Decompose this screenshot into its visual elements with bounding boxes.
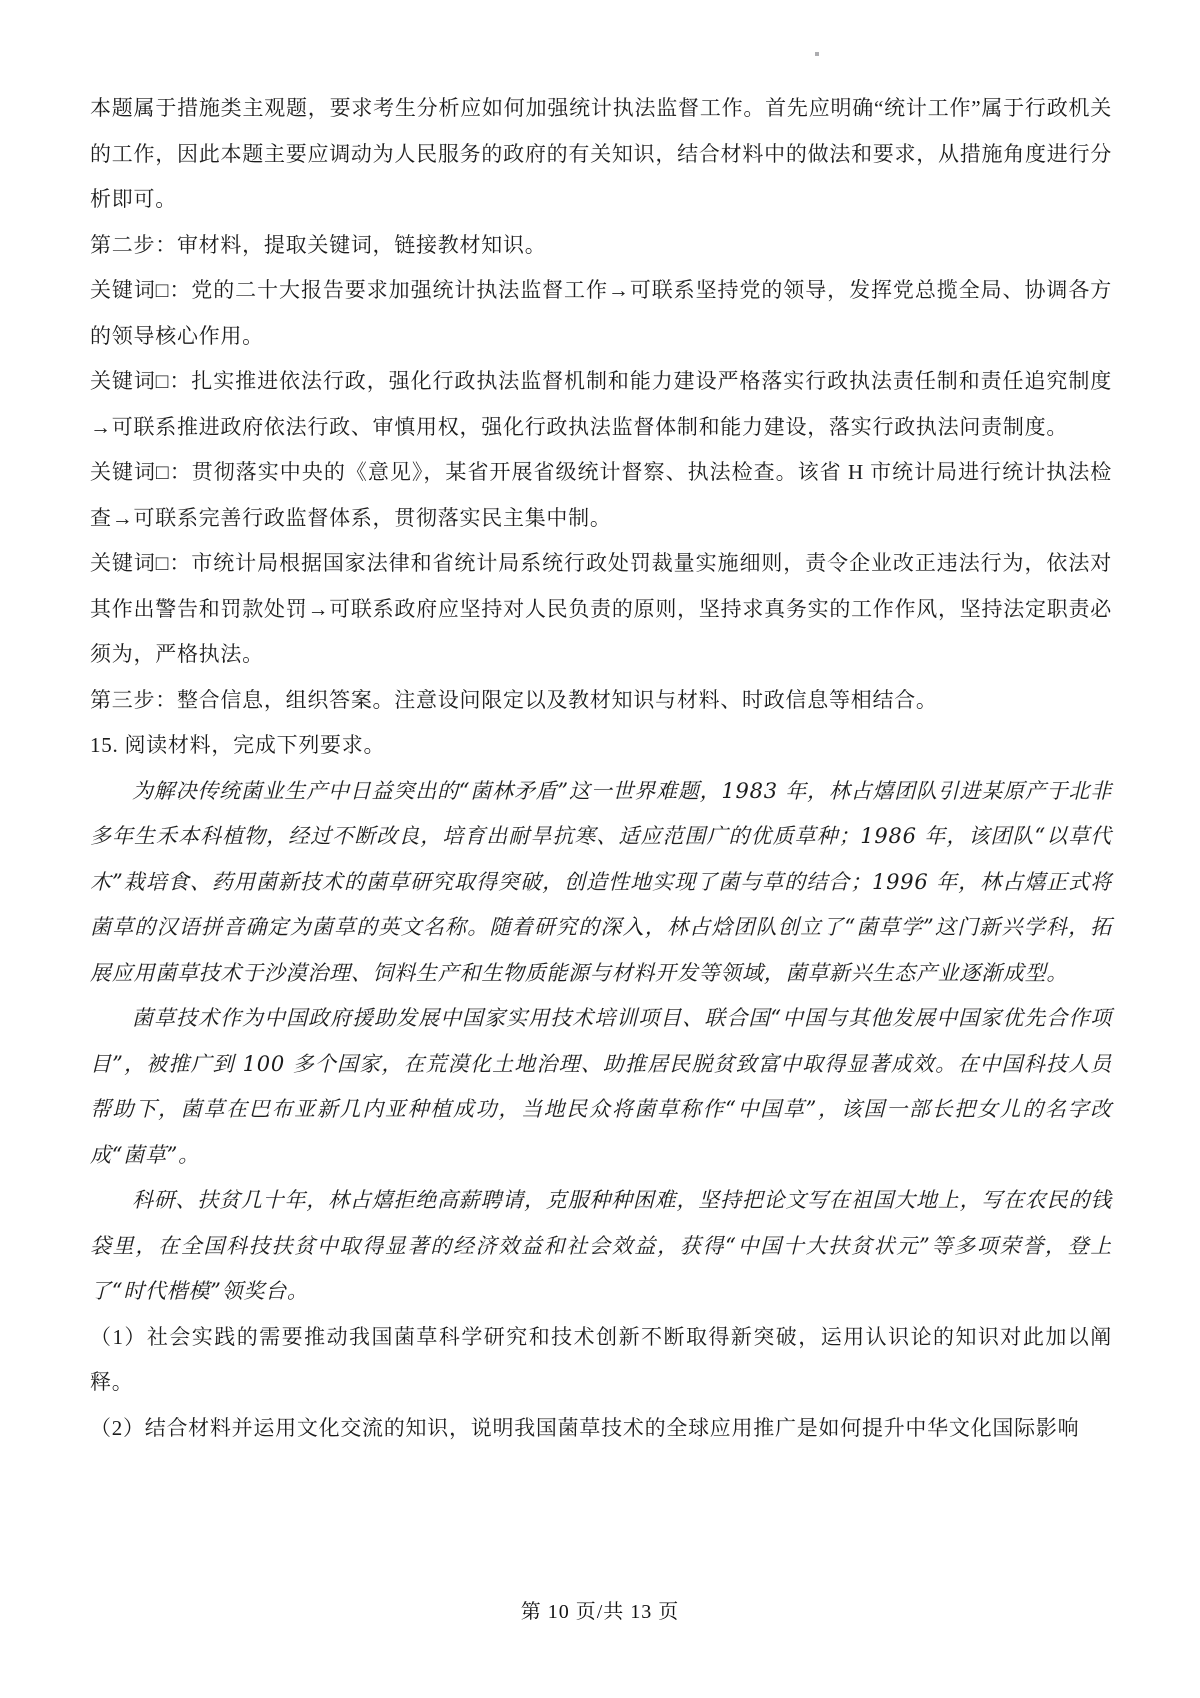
question-15-material-paragraph-3: 科研、扶贫几十年，林占熺拒绝高薪聘请，克服种种困难，坚持把论文写在祖国大地上，写… bbox=[90, 1178, 1112, 1315]
analysis-keyword-4: 关键词□：市统计局根据国家法律和省统计局系统行政处罚裁量实施细则，责令企业改正违… bbox=[90, 541, 1112, 678]
analysis-step3-heading: 第三步：整合信息，组织答案。注意设问限定以及教材知识与材料、时政信息等相结合。 bbox=[90, 678, 1112, 724]
page-body: 本题属于措施类主观题，要求考生分析应如何加强统计执法监督工作。首先应明确“统计工… bbox=[90, 86, 1112, 1451]
question-15-material-paragraph-2: 菌草技术作为中国政府援助发展中国家实用技术培训项目、联合国“中国与其他发展中国家… bbox=[90, 996, 1112, 1178]
question-15-stem: 15. 阅读材料，完成下列要求。 bbox=[90, 723, 1112, 769]
analysis-step2-heading: 第二步：审材料，提取关键词，链接教材知识。 bbox=[90, 223, 1112, 269]
analysis-keyword-1: 关键词□：党的二十大报告要求加强统计执法监督工作→可联系坚持党的领导，发挥党总揽… bbox=[90, 268, 1112, 359]
question-15-part-2: （2）结合材料并运用文化交流的知识，说明我国菌草技术的全球应用推广是如何提升中华… bbox=[90, 1406, 1112, 1452]
document-page: 本题属于措施类主观题，要求考生分析应如何加强统计执法监督工作。首先应明确“统计工… bbox=[0, 0, 1200, 1698]
analysis-keyword-3: 关键词□：贯彻落实中央的《意见》，某省开展省级统计督察、执法检查。该省 H 市统… bbox=[90, 450, 1112, 541]
question-15-part-1: （1）社会实践的需要推动我国菌草科学研究和技术创新不断取得新突破，运用认识论的知… bbox=[90, 1315, 1112, 1406]
scan-speck bbox=[815, 52, 819, 56]
analysis-intro-paragraph: 本题属于措施类主观题，要求考生分析应如何加强统计执法监督工作。首先应明确“统计工… bbox=[90, 86, 1112, 223]
analysis-keyword-2: 关键词□：扎实推进依法行政，强化行政执法监督机制和能力建设严格落实行政执法责任制… bbox=[90, 359, 1112, 450]
question-15-material-paragraph-1: 为解决传统菌业生产中日益突出的“菌林矛盾”这一世界难题，1983 年，林占熺团队… bbox=[90, 769, 1112, 997]
page-number-footer: 第 10 页/共 13 页 bbox=[0, 1595, 1200, 1624]
